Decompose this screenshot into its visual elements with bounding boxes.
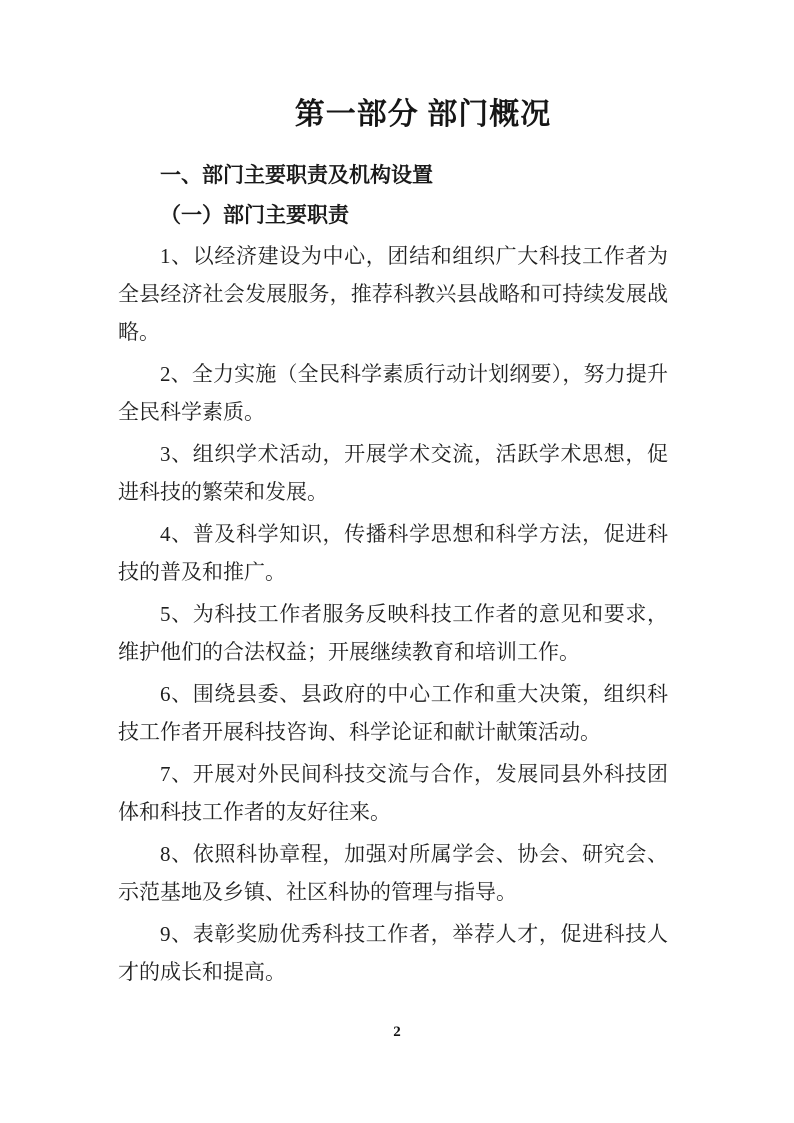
subsection-heading: （一）部门主要职责 [118, 197, 668, 235]
document-content: 第一部分 部门概况 一、部门主要职责及机构设置 （一）部门主要职责 1、以经济建… [118, 0, 668, 991]
document-page: 第一部分 部门概况 一、部门主要职责及机构设置 （一）部门主要职责 1、以经济建… [0, 0, 794, 1123]
page-number: 2 [0, 1024, 794, 1041]
paragraph-7: 7、开展对外民间科技交流与合作，发展同县外科技团体和科技工作者的友好往来。 [118, 755, 668, 831]
paragraph-9: 9、表彰奖励优秀科技工作者，举荐人才，促进科技人才的成长和提高。 [118, 915, 668, 991]
section-heading: 一、部门主要职责及机构设置 [118, 157, 668, 195]
document-title: 第一部分 部门概况 [118, 95, 668, 135]
paragraph-5: 5、为科技工作者服务反映科技工作者的意见和要求，维护他们的合法权益；开展继续教育… [118, 595, 668, 671]
paragraph-1: 1、以经济建设为中心，团结和组织广大科技工作者为全县经济社会发展服务，推荐科教兴… [118, 237, 668, 351]
paragraph-8: 8、依照科协章程，加强对所属学会、协会、研究会、示范基地及乡镇、社区科协的管理与… [118, 835, 668, 911]
paragraph-3: 3、组织学术活动，开展学术交流，活跃学术思想，促进科技的繁荣和发展。 [118, 435, 668, 511]
paragraph-4: 4、普及科学知识，传播科学思想和科学方法，促进科技的普及和推广。 [118, 515, 668, 591]
paragraph-6: 6、围绕县委、县政府的中心工作和重大决策，组织科技工作者开展科技咨询、科学论证和… [118, 675, 668, 751]
paragraph-2: 2、全力实施（全民科学素质行动计划纲要），努力提升全民科学素质。 [118, 355, 668, 431]
